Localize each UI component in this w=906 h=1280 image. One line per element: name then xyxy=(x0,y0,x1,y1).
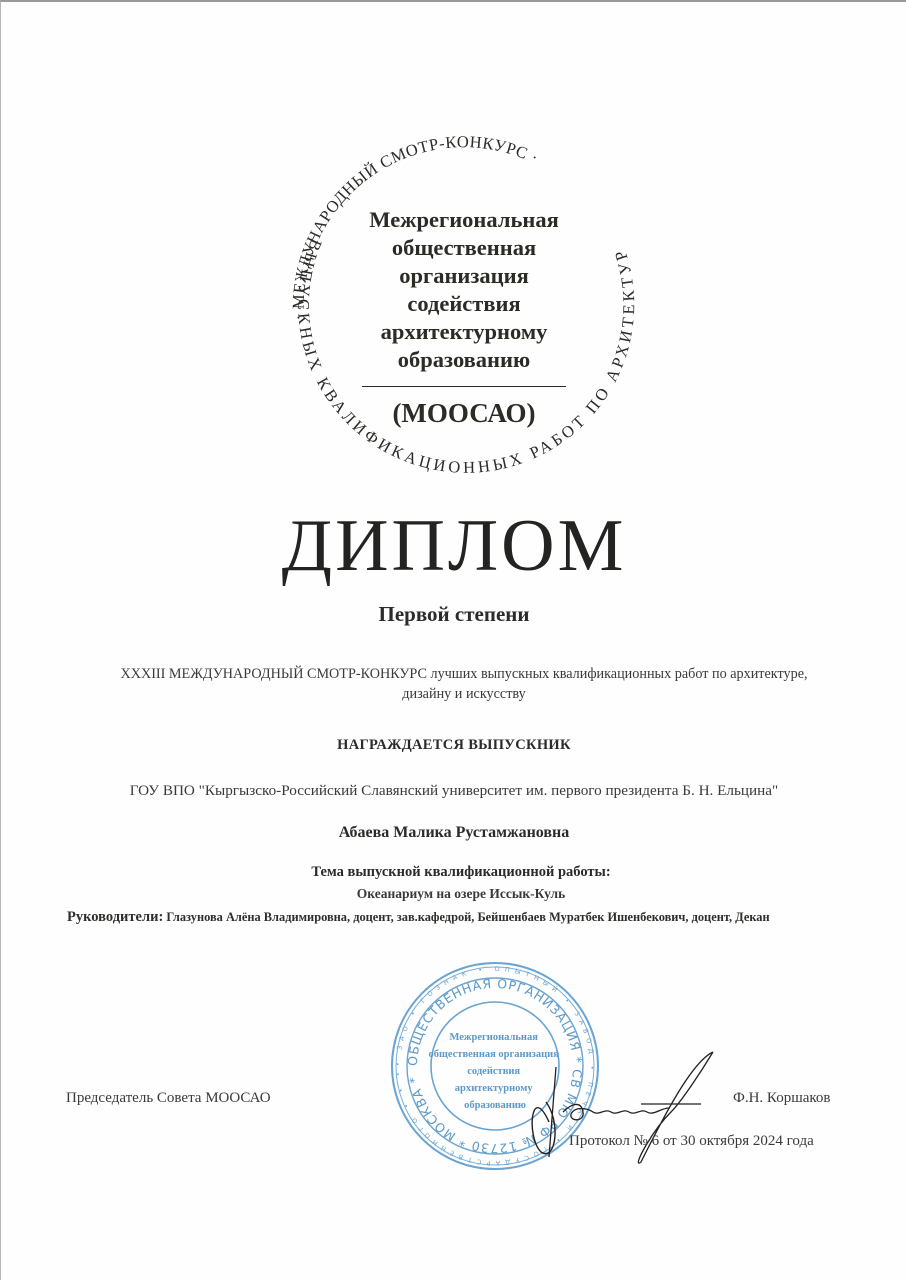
contest-line-2: дизайну и искусству xyxy=(61,684,867,704)
emblem-line: общественная xyxy=(284,234,644,262)
thesis-topic: Океанариум на озере Иссык-Куль xyxy=(1,886,906,902)
diploma-page: · МЕЖДУНАРОДНЫЙ СМОТР-КОНКУРС · ВЫПУСКНЫ… xyxy=(0,0,906,1280)
chair-title: Председатель Совета МООСАО xyxy=(66,1090,271,1107)
contest-line-1: XXXIII МЕЖДУНАРОДНЫЙ СМОТР-КОНКУРС лучши… xyxy=(61,664,867,684)
emblem-line: образованию xyxy=(284,346,644,374)
protocol-line: Протокол № 6 от 30 октября 2024 года xyxy=(569,1133,814,1150)
thesis-label: Тема выпускной квалификационной работы: xyxy=(1,864,906,881)
emblem-divider xyxy=(362,386,566,387)
emblem-line: Межрегиональная xyxy=(284,206,644,234)
diploma-title: ДИПЛОМ xyxy=(1,505,906,587)
supervisors: Руководители: Глазунова Алёна Владимиров… xyxy=(67,909,897,926)
mooosao-emblem: · МЕЖДУНАРОДНЫЙ СМОТР-КОНКУРС · ВЫПУСКНЫ… xyxy=(284,130,644,490)
diploma-degree: Первой степени xyxy=(1,602,906,627)
signer-name: Ф.Н. Коршаков xyxy=(733,1090,831,1107)
university-name: ГОУ ВПО "Кыргызско-Российский Славянский… xyxy=(1,782,906,800)
signature xyxy=(501,1042,721,1172)
signature-scribble xyxy=(501,1042,721,1172)
graduate-name: Абаева Малика Рустамжановна xyxy=(1,824,906,842)
supervisors-text: Глазунова Алёна Владимировна, доцент, за… xyxy=(166,910,769,924)
contest-description: XXXIII МЕЖДУНАРОДНЫЙ СМОТР-КОНКУРС лучши… xyxy=(61,664,867,704)
emblem-abbreviation: (МООСАО) xyxy=(284,397,644,429)
awarded-heading: НАГРАЖДАЕТСЯ ВЫПУСКНИК xyxy=(1,737,906,754)
emblem-center-text: Межрегиональная общественная организация… xyxy=(284,206,644,429)
emblem-line: архитектурному xyxy=(284,318,644,346)
supervisors-label: Руководители: xyxy=(67,909,163,925)
emblem-line: организация xyxy=(284,262,644,290)
emblem-line: содействия xyxy=(284,290,644,318)
